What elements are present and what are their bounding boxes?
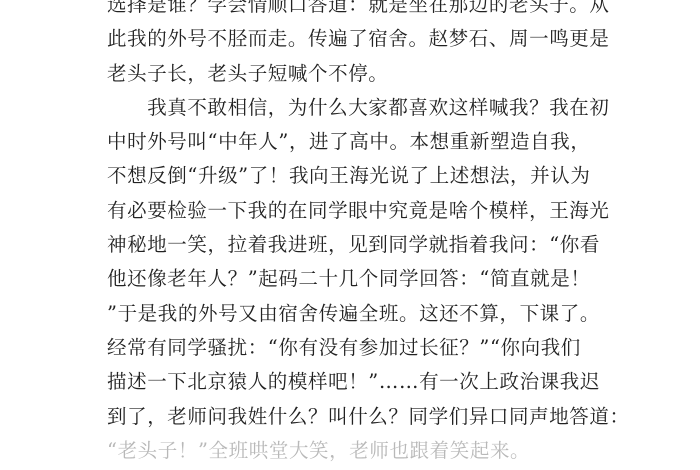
text-line: 神秘地一笑，拉着我进班，见到同学就指着我问：“你看 [107, 228, 587, 262]
text-line: 此我的外号不胫而走。传遍了宿舍。赵梦石、周一鸣更是 [107, 22, 587, 56]
text-line: 经常有同学骚扰：“你有没有参加过长征？”“你向我们 [107, 331, 587, 365]
text-line: 我真不敢相信，为什么大家都喜欢这样喊我？我在初 [107, 91, 587, 125]
text-line: 中时外号叫“中年人”，进了高中。本想重新塑造自我， [107, 125, 587, 159]
text-line: 他还像老年人？”起码二十几个同学回答：“简直就是！ [107, 262, 587, 296]
text-line: 描述一下北京猿人的模样吧！”……有一次上政治课我迟 [107, 365, 587, 399]
text-line-cut-off: “老头子！”全班哄堂大笑，老师也跟着笑起来。 [107, 434, 587, 468]
text-line: 不想反倒“升级”了！我向王海光说了上述想法，并认为 [107, 159, 587, 193]
essay-text: 选择是谁？学会情顺口答道：就是坐在那边的老头子。从 此我的外号不胫而走。传遍了宿… [107, 0, 587, 468]
text-line: 有必要检验一下我的在同学眼中究竟是啥个模样，王海光 [107, 194, 587, 228]
text-line: ”于是我的外号又由宿舍传遍全班。这还不算，下课了。 [107, 297, 587, 331]
text-line: 选择是谁？学会情顺口答道：就是坐在那边的老头子。从 [107, 0, 587, 22]
document-page: 选择是谁？学会情顺口答道：就是坐在那边的老头子。从 此我的外号不胫而走。传遍了宿… [0, 0, 700, 470]
text-line: 到了，老师问我姓什么？叫什么？同学们异口同声地答道： [107, 400, 587, 434]
text-line: 老头子长，老头子短喊个不停。 [107, 57, 587, 91]
